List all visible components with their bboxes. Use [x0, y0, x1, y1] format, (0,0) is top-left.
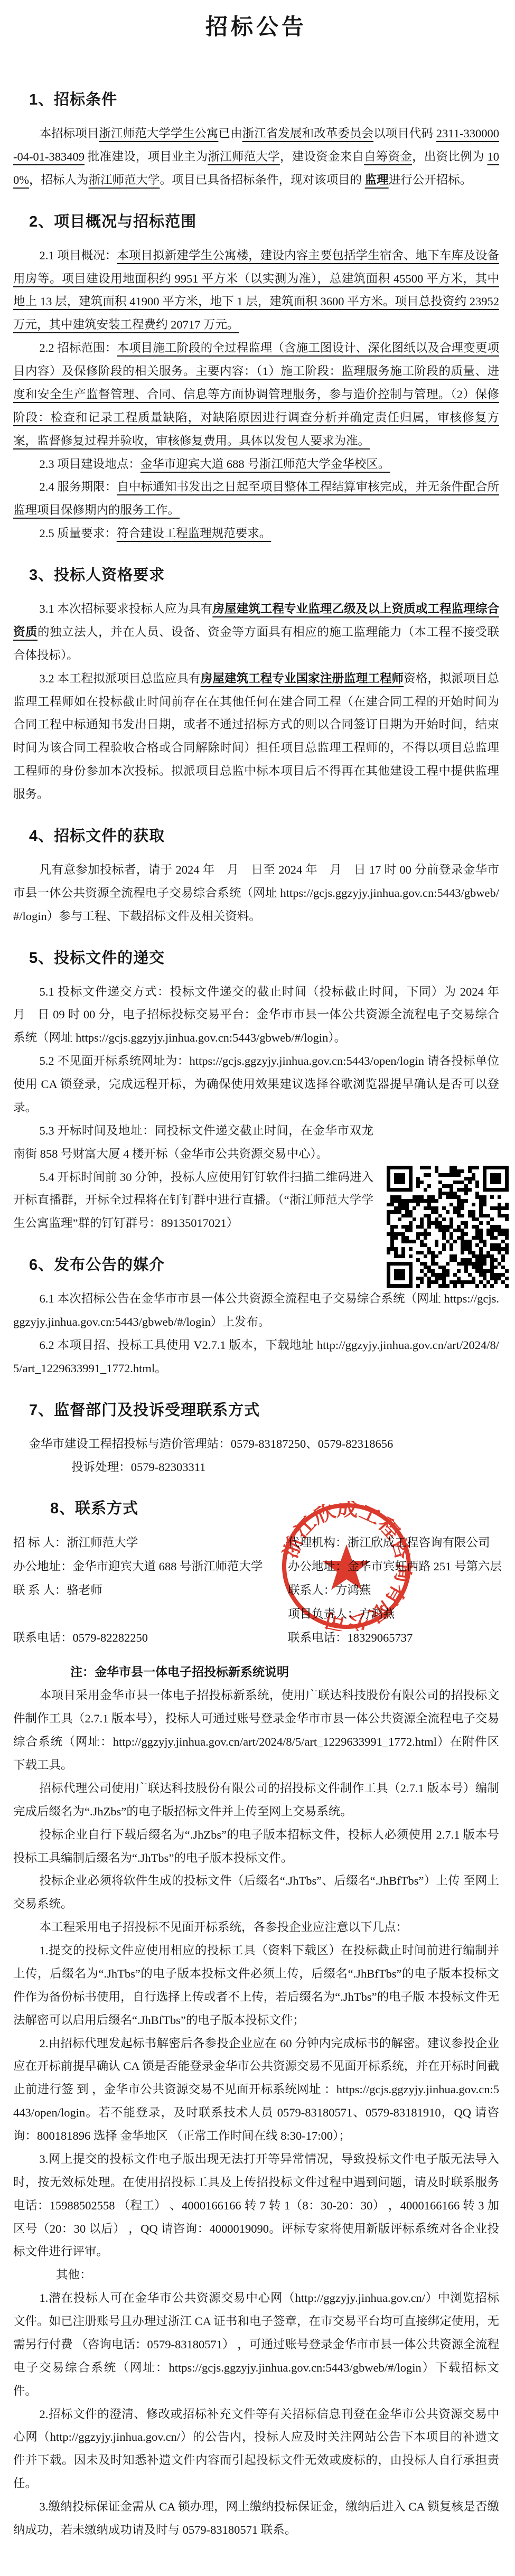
paragraph: 2.3 项目建设地点：金华市迎宾大道 688 号浙江师范大学金华校区。 [13, 453, 499, 476]
paragraph: 凡有意参加投标者，请于 2024 年 月 日至 2024 年 月 日 17 时 … [13, 858, 499, 928]
section-heading: 5、投标文件的递交 [13, 946, 499, 968]
paragraph: 2.4 服务期限：自中标通知书发出之日起至项目整体工程结算审核完成，并无条件配合… [13, 475, 499, 522]
paragraph: 2.由招标代理发起标书解密后各参投企业应在 60 分钟内完成标书的解密。建议参投… [13, 2032, 499, 2148]
contact-row: 项目负责人：方鸿燕 [288, 1602, 502, 1626]
text-segment: 本工程采用电子招投标不见面开标系统，各参投企业应注意以下几点： [40, 1921, 408, 1934]
agency-contact-column: 代理机构：浙江欣成工程咨询有限公司办公地址：金华市宾虹西路 251 号第六层联系… [288, 1531, 502, 1650]
paragraph: 投标企业自行下载后缀名为“.JhZbs”的电子版本招标文件，投标人必须使用 2.… [13, 1823, 499, 1870]
paragraph: 5.4 开标时间前 30 分钟，投标人应使用钉钉软件扫描二维码进入开标直播群，开… [13, 1166, 373, 1235]
text-segment: 金华市建设工程招投标与造价管理站：0579-83187250、0579-8231… [29, 1437, 393, 1450]
paragraph: 1.潜在投标人可在金华市公共资源交易中心网（http://ggzyjy.jinh… [13, 2287, 499, 2402]
contact-value: 0579-82282250 [73, 1631, 148, 1644]
text-segment: 2.4 服务期限： [40, 480, 117, 493]
text-segment: 监理 [365, 173, 389, 186]
text-segment: 1.潜在投标人可在金华市公共资源交易中心网（http://ggzyjy.jinh… [13, 2291, 499, 2397]
contact-value: 金华市宾虹西路 251 号第六层 [348, 1560, 502, 1573]
text-segment: 3.网上提交的投标文件电子版出现无法打开等异常情况，导致投标文件电子版无法导入时… [13, 2152, 499, 2259]
page-title: 招标公告 [13, 10, 499, 41]
text-segment: 。项目已具备招标条件，现对该项目的 [160, 173, 365, 186]
paragraph: 3.网上提交的投标文件电子版出现无法打开等异常情况，导致投标文件电子版无法导入时… [13, 2148, 499, 2263]
contact-row: 联系电话：0579-82282250 [13, 1626, 288, 1650]
contact-row: 招 标 人：浙江师范大学 [13, 1531, 288, 1554]
open-bid-section-with-qr: 5.3 开标时间及地址：同投标文件递交截止时间，在金华市双龙南街 858 号财富… [13, 1119, 499, 1235]
contact-value: 骆老师 [67, 1584, 102, 1597]
contact-info-columns: 招 标 人：浙江师范大学办公地址：金华市迎宾大道 688 号浙江师范大学联 系 … [13, 1531, 499, 1650]
text-segment: ，建设资金来自 [280, 150, 364, 163]
paragraph: 6.1 本次招标公告在金华市市县一体公共资源全流程电子交易综合系统（网址 htt… [13, 1287, 499, 1334]
contact-row: 办公地址：金华市迎宾大道 688 号浙江师范大学 [13, 1554, 288, 1578]
text-segment: 进行公开招标。 [389, 173, 472, 186]
text-segment: 5.2 不见面开标系统网址为：https://gcjs.ggzyjy.jinhu… [13, 1054, 499, 1114]
text-segment: 房屋建筑工程专业国家注册监理工程师 [201, 672, 404, 685]
text-line: 投诉处理：0579-82303311 [13, 1456, 499, 1479]
paragraph: 2.5 质量要求：符合建设工程监理规范要求。 [13, 522, 499, 545]
text-segment: 以项目代码 [373, 127, 436, 140]
contact-value: 方鸿燕 [335, 1584, 371, 1597]
text-segment: 6.2 本项目招、投标工具使用 V2.7.1 版本，下载地址 http://gg… [13, 1338, 499, 1375]
text-segment: 本项目采用金华市县一体电子招投标新系统，使用广联达科技股份有限公司的招投标文件制… [13, 1689, 499, 1772]
paragraph: 6.2 本项目招、投标工具使用 V2.7.1 版本，下载地址 http://gg… [13, 1334, 499, 1380]
section-heading: 1、招标条件 [13, 88, 499, 109]
section-heading: 3、投标人资格要求 [13, 563, 499, 585]
text-segment: 3.2 本工程拟派项目总监应具有 [40, 672, 201, 685]
text-segment: 自筹资金 [364, 150, 412, 163]
contact-value: 金华市迎宾大道 688 号浙江师范大学 [73, 1560, 263, 1573]
paragraph: 3.2 本工程拟派项目总监应具有房屋建筑工程专业国家注册监理工程师资格，拟派项目… [13, 667, 499, 806]
text-segment: 5.4 开标时间前 30 分钟，投标人应使用钉钉软件扫描二维码进入开标直播群，开… [13, 1170, 373, 1230]
contact-label: 招 标 人： [13, 1536, 67, 1549]
text-segment: ，出资比例为 [412, 150, 487, 163]
contact-value: 浙江欣成工程咨询有限公司 [348, 1536, 490, 1549]
paragraph: 投标企业必须将软件生成的投标文件（后缀名“.JhTbs”、后缀名“.JhBfTb… [13, 1869, 499, 1916]
text-segment: 3.缴纳投标保证金需从 CA 锁办理，网上缴纳投标保证金，缴纳后进入 CA 锁复… [13, 2500, 499, 2536]
text-segment: 浙江省发展和改革委员会 [242, 127, 374, 140]
paragraph: 3.缴纳投标保证金需从 CA 锁办理，网上缴纳投标保证金，缴纳后进入 CA 锁复… [13, 2495, 499, 2542]
text-segment: 2.1 项目概况： [40, 249, 117, 262]
paragraph: 本工程采用电子招投标不见面开标系统，各参投企业应注意以下几点： [13, 1916, 499, 1939]
text-segment: 2.招标文件的澄清、修改或招标补充文件等有关招标信息刊登在金华市公共资源交易中心… [13, 2408, 499, 2490]
paragraph: 2.2 招标范围：本项目施工阶段的全过程监理（含施工图设计、深化图纸以及合理变更… [13, 336, 499, 452]
paragraph: 本项目采用金华市县一体电子招投标新系统，使用广联达科技股份有限公司的招投标文件制… [13, 1684, 499, 1777]
text-segment: 1.提交的投标文件应使用相应的投标工具（资料下载区）在投标截止时间前进行编制并上… [13, 1944, 499, 2027]
contact-value: 浙江师范大学 [67, 1536, 138, 1549]
contact-row: 联系人：方鸿燕 [288, 1578, 502, 1602]
text-segment: 的独立法人，并在人员、设备、资金等方面具有相应的施工监理能力（本工程不接受联合体… [13, 625, 499, 662]
text-segment: 其他： [56, 2268, 92, 2281]
text-segment: 浙江师范大学学生公寓 [99, 127, 218, 140]
text-segment: 2.5 质量要求： [40, 527, 117, 540]
text-segment: 本招标项目 [40, 127, 99, 140]
text-segment: 已由 [218, 127, 242, 140]
paragraph: 5.3 开标时间及地址：同投标文件递交截止时间，在金华市双龙南街 858 号财富… [13, 1119, 373, 1166]
text-segment: 5.1 投标文件递交方式：投标文件递交的截止时间（投标截止时间，下同）为 202… [13, 985, 511, 1045]
text-segment: 2.2 招标范围： [40, 341, 117, 354]
contact-label: 联系电话： [288, 1631, 348, 1644]
paragraph: 2.1 项目概况：本项目拟新建学生公寓楼，建设内容主要包括学生宿舍、地下车库及设… [13, 244, 499, 337]
note-heading: 注：金华市县一体电子招投标新系统说明 [13, 1662, 499, 1680]
section-heading: 4、招标文件的获取 [13, 824, 499, 846]
text-segment: 浙江师范大学 [208, 150, 280, 163]
paragraph: 5.2 不见面开标系统网址为：https://gcjs.ggzyjy.jinhu… [13, 1050, 499, 1119]
section-heading: 2、项目概况与招标范围 [13, 210, 499, 231]
contact-label: 代理机构： [288, 1536, 348, 1549]
text-segment: 6.1 本次招标公告在金华市市县一体公共资源全流程电子交易综合系统（网址 htt… [13, 1292, 499, 1328]
contact-row [13, 1602, 288, 1626]
paragraph: 本招标项目浙江师范大学学生公寓已由浙江省发展和改革委员会以项目代码 2311-3… [13, 122, 499, 192]
contact-row: 联系电话：18329065737 [288, 1626, 502, 1650]
contact-label: 联 系 人： [13, 1584, 67, 1597]
paragraph: 2.招标文件的澄清、修改或招标补充文件等有关招标信息刊登在金华市公共资源交易中心… [13, 2403, 499, 2496]
text-segment: 本项目施工阶段的全过程监理（含施工图设计、深化图纸以及合理变更项目内容）及保修阶… [13, 341, 499, 447]
paragraph: 1.提交的投标文件应使用相应的投标工具（资料下载区）在投标截止时间前进行编制并上… [13, 1939, 499, 2032]
tenderer-contact-column: 招 标 人：浙江师范大学办公地址：金华市迎宾大道 688 号浙江师范大学联 系 … [13, 1531, 288, 1650]
text-segment: 金华市迎宾大道 688 号浙江师范大学金华校区。 [141, 457, 390, 471]
section-heading: 7、监督部门及投诉受理联系方式 [13, 1398, 499, 1420]
text-segment: 资格，拟派项目总监理工程师如在投标截止时间前存在在其他任何在建合同工程（在建合同… [13, 672, 499, 801]
text-line: 其他： [13, 2263, 499, 2287]
text-segment: ，招标人为 [29, 173, 89, 186]
paragraph: 5.1 投标文件递交方式：投标文件递交的截止时间（投标截止时间，下同）为 202… [13, 980, 499, 1050]
dingtalk-qr-code [387, 1166, 509, 1288]
contact-value: 方鸿燕 [359, 1607, 395, 1620]
text-segment: 投诉处理：0579-82303311 [71, 1460, 205, 1474]
paragraph: 招标代理公司使用广联达科技股份有限公司的招投标文件制作工具（2.7.1 版本号）… [13, 1777, 499, 1823]
document-body: 1、招标条件本招标项目浙江师范大学学生公寓已由浙江省发展和改革委员会以项目代码 … [13, 88, 499, 2542]
text-segment: 投标企业自行下载后缀名为“.JhZbs”的电子版本招标文件，投标人必须使用 2.… [13, 1828, 499, 1865]
section-heading: 8、联系方式 [13, 1496, 499, 1518]
text-segment: 3.1 本次招标要求投标人应为具有 [40, 602, 213, 615]
text-segment: 招标代理公司使用广联达科技股份有限公司的招投标文件制作工具（2.7.1 版本号）… [13, 1782, 499, 1818]
contact-label: 办公地址： [288, 1560, 348, 1573]
contact-label: 办公地址： [13, 1560, 73, 1573]
paragraph: 3.1 本次招标要求投标人应为具有房屋建筑工程专业监理乙级及以上资质或工程监理综… [13, 597, 499, 667]
contact-value: 18329065737 [348, 1631, 413, 1644]
contact-row: 办公地址：金华市宾虹西路 251 号第六层 [288, 1554, 502, 1578]
text-segment: 凡有意参加投标者，请于 2024 年 月 日至 2024 年 月 日 17 时 … [13, 863, 499, 923]
text-segment: 2.3 项目建设地点： [40, 457, 141, 471]
text-segment: 符合建设工程监理规范要求。 [117, 527, 271, 540]
contact-label: 联系人： [288, 1584, 335, 1597]
text-segment: 投标企业必须将软件生成的投标文件（后缀名“.JhTbs”、后缀名“.JhBfTb… [13, 1874, 499, 1910]
text-segment: 2.由招标代理发起标书解密后各参投企业应在 60 分钟内完成标书的解密。建议参投… [13, 2037, 499, 2143]
contact-row: 联 系 人：骆老师 [13, 1578, 288, 1602]
text-line: 金华市建设工程招投标与造价管理站：0579-83187250、0579-8231… [13, 1432, 499, 1456]
text-segment: 浙江师范大学 [89, 173, 160, 186]
tender-announcement-document: 招标公告 1、招标条件本招标项目浙江师范大学学生公寓已由浙江省发展和改革委员会以… [0, 0, 515, 2576]
text-segment: 批准建设，项目业主为 [85, 150, 208, 163]
text-segment: 5.3 开标时间及地址：同投标文件递交截止时间，在金华市双龙南街 858 号财富… [13, 1124, 373, 1160]
contact-label: 项目负责人： [288, 1607, 359, 1620]
contact-label: 联系电话： [13, 1631, 73, 1644]
contact-row: 代理机构：浙江欣成工程咨询有限公司 [288, 1531, 502, 1554]
